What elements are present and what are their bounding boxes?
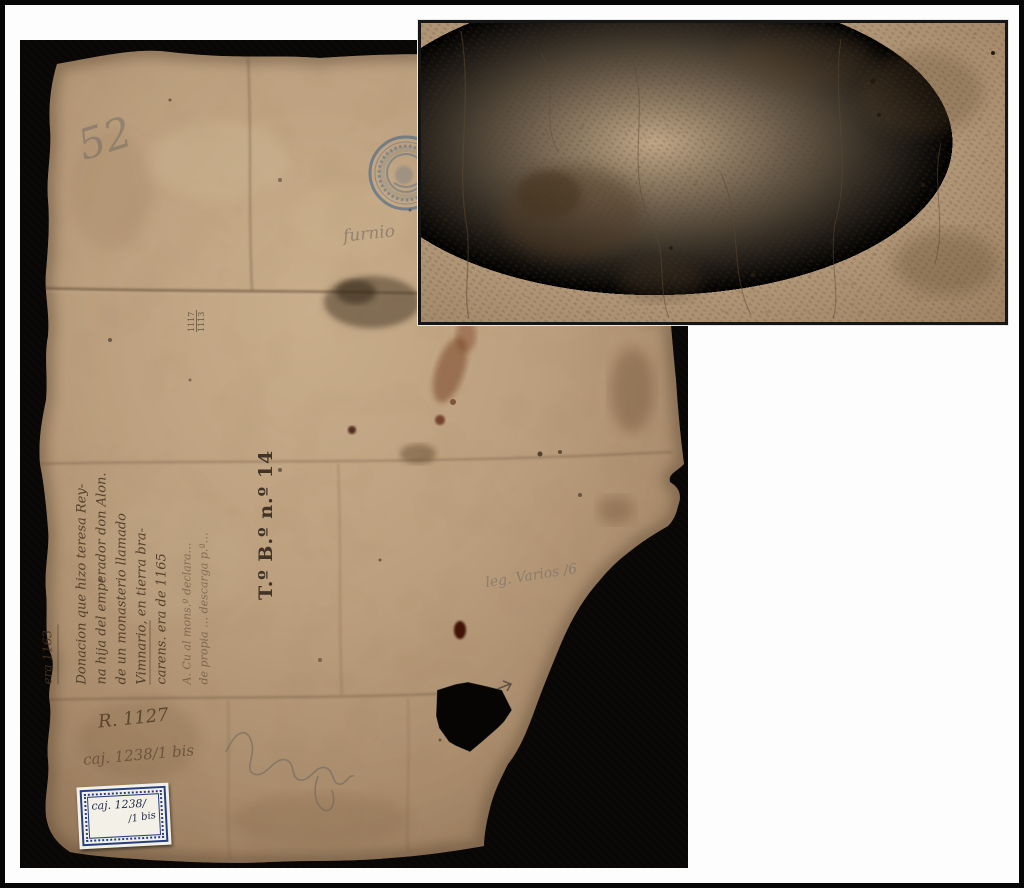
tumbo-reference: T.º B.º n.º 14	[255, 480, 305, 600]
inset-texture	[421, 23, 1005, 322]
summary-annotation-block: era 1163 Donacion que hizo teresa Rey- n…	[38, 462, 250, 685]
tiny-number-bottom: 1113	[197, 292, 206, 332]
archival-label: caj. 1238/ /1 bis	[76, 783, 171, 850]
label-line2: /1 bis	[92, 809, 157, 832]
summary-line: carens. era de 1165	[153, 462, 173, 685]
label-border: caj. 1238/ /1 bis	[80, 786, 169, 846]
tiny-number-top: 1117	[187, 310, 197, 332]
faint-line: de propia … descarga p.ª…	[196, 462, 213, 685]
summary-line: de un monasterio llamado	[113, 462, 133, 685]
tumbo-text: T.º B.º n.º 14	[255, 480, 277, 600]
summary-line: Vimnario, en tierra bra-	[133, 462, 153, 685]
era-note: era 1163	[38, 624, 59, 684]
archive-photograph-page: 52 furnio 1117 1113 era 1163 Donacion qu…	[0, 0, 1024, 888]
monastery-name: Vimnario,	[135, 620, 151, 684]
summary-line-rest: en tierra bra-	[135, 528, 150, 620]
tiny-number-jotting: 1117 1113	[187, 292, 223, 332]
label-text: caj. 1238/ /1 bis	[87, 793, 161, 839]
summary-line: na hija del emperador don Alon.	[93, 462, 113, 685]
faint-line: A. Cu al mons.º declara…	[179, 462, 196, 685]
summary-line: Donacion que hizo teresa Rey-	[73, 462, 93, 685]
label-border-middle: caj. 1238/ /1 bis	[84, 790, 164, 842]
magnified-inset	[418, 20, 1008, 325]
label-line1: caj. 1238/	[91, 797, 146, 813]
